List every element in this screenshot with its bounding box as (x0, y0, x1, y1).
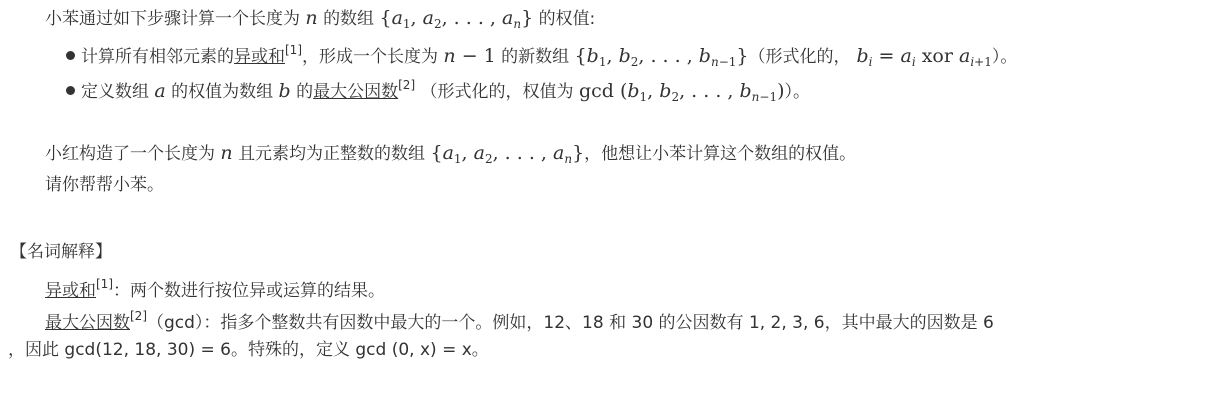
bullet-text-mid: ，形成一个长度为 (302, 47, 438, 67)
bullet-xor: 计算所有相邻元素的异或和[1]，形成一个长度为 n − 1 的新数组 {b1, … (66, 37, 1017, 75)
paren-close: ）。 (785, 82, 811, 102)
bullet-text-mid2: 的 (296, 82, 313, 102)
footnote-ref-2[interactable]: [2] (398, 78, 415, 92)
intro-line: 小苯通过如下步骤计算一个长度为 n 的数组 {a1, a2, . . . , a… (45, 5, 595, 37)
var-b: b (279, 80, 291, 102)
term-xor-link[interactable]: 异或和 (234, 47, 285, 67)
paren-open: （形式化的， (748, 47, 850, 67)
bullet-icon (66, 86, 75, 95)
footnote-marker-2: [2] (130, 309, 147, 323)
construct-text: 小红构造了一个长度为 (45, 144, 215, 164)
bullet-gcd: 定义数组 a 的权值为数组 b 的最大公因数[2] （形式化的，权值为 gcd … (66, 72, 810, 110)
var-n: n (220, 142, 232, 164)
glossary-heading: 【名词解释】 (10, 239, 112, 265)
glossary-def-gcd: （gcd）：指多个整数共有因数中最大的一个。例如，12、18 和 30 的公因数… (147, 313, 994, 333)
bullet-icon (66, 51, 75, 60)
term-gcd-link[interactable]: 最大公因数 (313, 82, 398, 102)
formula-xor: bi = ai xor ai+1 (856, 45, 991, 67)
glossary-item-gcd: 最大公因数[2]（gcd）：指多个整数共有因数中最大的一个。例如，12、18 和… (45, 303, 994, 336)
footnote-ref-1[interactable]: [1] (285, 43, 302, 57)
array-a-set: {a1, a2, . . . , an} (379, 7, 533, 29)
intro-text-after: 的权值: (539, 9, 596, 29)
construct-line: 小红构造了一个长度为 n 且元素均为正整数的数组 {a1, a2, . . . … (45, 140, 856, 172)
expr-n-minus-1: n − 1 (443, 45, 495, 67)
bullet-text-mid2: 的新数组 (501, 47, 569, 67)
formula-gcd: gcd (b1, b2, . . . , bn−1) (579, 80, 785, 102)
array-b-set: {b1, b2, . . . , bn−1} (575, 45, 749, 67)
help-line: 请你帮帮小苯。 (45, 172, 164, 198)
var-n: n (305, 7, 317, 29)
bullet-text: 计算所有相邻元素的 (81, 47, 234, 67)
bullet-text-mid: 的权值为数组 (171, 82, 273, 102)
var-a: a (154, 80, 165, 102)
footnote-marker-1: [1] (96, 277, 113, 291)
glossary-term-gcd: 最大公因数 (45, 313, 130, 333)
glossary-def-xor: ：两个数进行按位异或运算的结果。 (113, 281, 385, 301)
intro-text-mid: 的数组 (323, 9, 374, 29)
array-a-set: {a1, a2, . . . , an} (430, 142, 584, 164)
glossary-item-xor: 异或和[1]：两个数进行按位异或运算的结果。 (45, 271, 385, 304)
paren-open: （形式化的，权值为 (421, 82, 574, 102)
construct-text-mid: 且元素均为正整数的数组 (238, 144, 425, 164)
bullet-text: 定义数组 (81, 82, 149, 102)
glossary-gcd-continuation: ，因此 gcd(12, 18, 30) = 6。特殊的，定义 gcd (0, x… (8, 337, 489, 363)
paren-close: ）。 (992, 47, 1018, 67)
construct-text-after: ，他想让小苯计算这个数组的权值。 (584, 144, 856, 164)
glossary-term-xor: 异或和 (45, 281, 96, 301)
intro-text: 小苯通过如下步骤计算一个长度为 (45, 9, 300, 29)
